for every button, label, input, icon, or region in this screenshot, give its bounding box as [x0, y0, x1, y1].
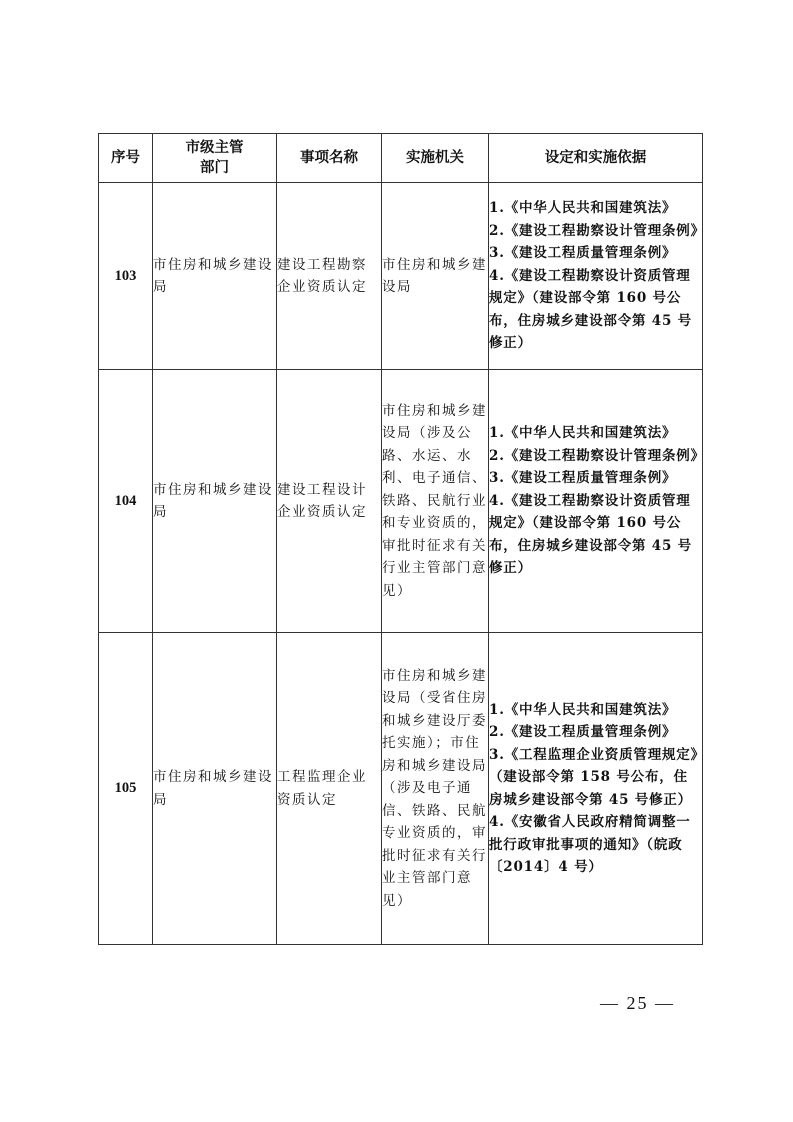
cell-basis: 1.《中华人民共和国建筑法》 2.《建设工程质量管理条例》 3.《工程监理企业资… [489, 633, 703, 945]
basis-line: 1.《中华人民共和国建筑法》 [489, 699, 702, 722]
table-row: 104 市住房和城乡建设局 建设工程设计企业资质认定 市住房和城乡建设局（涉及公… [99, 370, 703, 633]
header-agency: 实施机关 [382, 134, 489, 183]
header-dept-line1: 市级主管 [153, 138, 276, 158]
cell-item: 建设工程设计企业资质认定 [277, 370, 382, 633]
basis-line: 2.《建设工程勘察设计管理条例》 [489, 445, 702, 468]
basis-line: 1.《中华人民共和国建筑法》 [489, 197, 702, 220]
approval-items-table: 序号 市级主管 部门 事项名称 实施机关 设定和实施依据 103 市住房和城乡建… [98, 133, 703, 945]
page-number: — 25 — [600, 993, 675, 1014]
cell-seq: 105 [99, 633, 153, 945]
header-seq: 序号 [99, 134, 153, 183]
cell-agency: 市住房和城乡建设局 [382, 183, 489, 370]
basis-line: 4.《安徽省人民政府精简调整一批行政审批事项的通知》（皖政〔2014〕4 号） [489, 811, 702, 879]
basis-line: 3.《建设工程质量管理条例》 [489, 242, 702, 265]
basis-line: 3.《建设工程质量管理条例》 [489, 467, 702, 490]
cell-dept: 市住房和城乡建设局 [153, 183, 277, 370]
table-row: 103 市住房和城乡建设局 建设工程勘察企业资质认定 市住房和城乡建设局 1.《… [99, 183, 703, 370]
basis-line: 4.《建设工程勘察设计资质管理规定》（建设部令第 160 号公布，住房城乡建设部… [489, 490, 702, 580]
basis-line: 2.《建设工程勘察设计管理条例》 [489, 220, 702, 243]
header-basis: 设定和实施依据 [489, 134, 703, 183]
table-header-row: 序号 市级主管 部门 事项名称 实施机关 设定和实施依据 [99, 134, 703, 183]
basis-line: 3.《工程监理企业资质管理规定》（建设部令第 158 号公布，住房城乡建设部令第… [489, 744, 702, 812]
cell-seq: 104 [99, 370, 153, 633]
header-dept: 市级主管 部门 [153, 134, 277, 183]
cell-agency: 市住房和城乡建设局（受省住房和城乡建设厅委托实施）；市住房和城乡建设局（涉及电子… [382, 633, 489, 945]
cell-agency: 市住房和城乡建设局（涉及公路、水运、水利、电子通信、铁路、民航行业和专业资质的，… [382, 370, 489, 633]
basis-line: 2.《建设工程质量管理条例》 [489, 721, 702, 744]
cell-item: 工程监理企业资质认定 [277, 633, 382, 945]
header-dept-line2: 部门 [153, 158, 276, 178]
basis-line: 4.《建设工程勘察设计资质管理规定》（建设部令第 160 号公布，住房城乡建设部… [489, 265, 702, 355]
cell-dept: 市住房和城乡建设局 [153, 633, 277, 945]
header-item: 事项名称 [277, 134, 382, 183]
cell-seq: 103 [99, 183, 153, 370]
cell-basis: 1.《中华人民共和国建筑法》 2.《建设工程勘察设计管理条例》 3.《建设工程质… [489, 370, 703, 633]
basis-line: 1.《中华人民共和国建筑法》 [489, 422, 702, 445]
cell-item: 建设工程勘察企业资质认定 [277, 183, 382, 370]
table-row: 105 市住房和城乡建设局 工程监理企业资质认定 市住房和城乡建设局（受省住房和… [99, 633, 703, 945]
cell-dept: 市住房和城乡建设局 [153, 370, 277, 633]
cell-basis: 1.《中华人民共和国建筑法》 2.《建设工程勘察设计管理条例》 3.《建设工程质… [489, 183, 703, 370]
